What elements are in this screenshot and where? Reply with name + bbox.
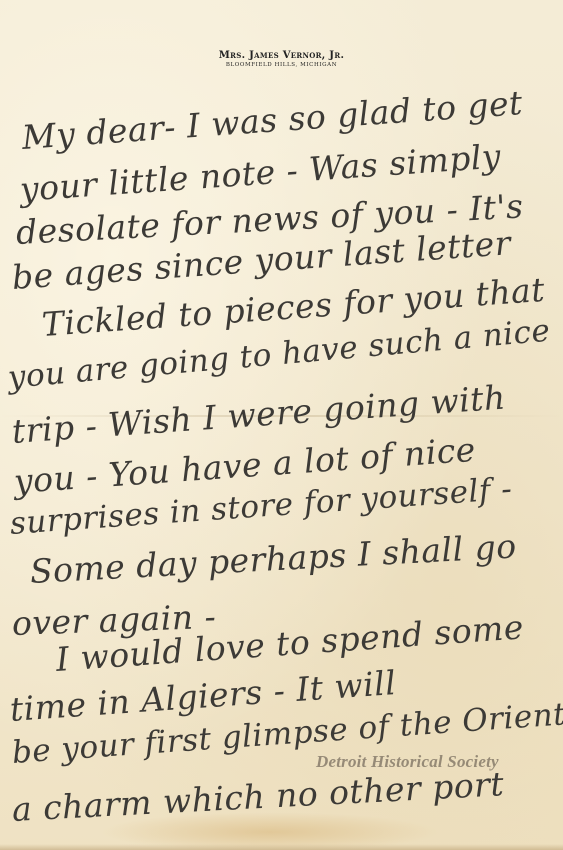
letter-page: Mrs. James Vernor, Jr. Bloomfield Hills,…: [0, 0, 563, 850]
letterhead: Mrs. James Vernor, Jr. Bloomfield Hills,…: [0, 50, 563, 68]
letterhead-name: Mrs. James Vernor, Jr.: [0, 50, 563, 61]
handwritten-line-10: Some day perhaps I shall go: [29, 527, 517, 591]
watermark: Detroit Historical Society: [316, 752, 499, 772]
paper-bottom-edge: [0, 844, 563, 850]
letterhead-place: Bloomfield Hills, Michigan: [0, 62, 563, 68]
